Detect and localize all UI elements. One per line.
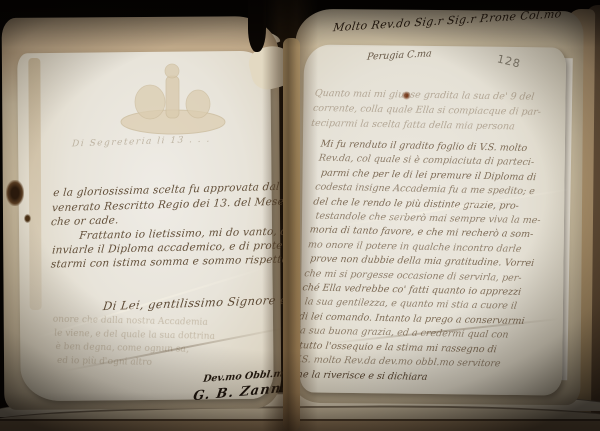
ink-blot	[6, 180, 24, 206]
ink-spot	[24, 214, 31, 223]
left-paragraph-2: Frattanto io lietissimo, mi do vanto, di…	[50, 225, 291, 271]
manuscript-photo: dalnonleprestimiladechivialsetr Di Segre…	[0, 0, 600, 431]
left-paragraph-1: e la gloriosissima scelta fu approvata d…	[50, 180, 281, 230]
right-letter-body: Mi fu renduto il gradito foglio di V.S. …	[291, 138, 576, 388]
embossed-emblem	[112, 56, 234, 138]
right-faint-lines: Quanto mai mi giunse gradita la sua de' …	[310, 86, 561, 135]
gutter-shadow	[262, 0, 318, 431]
left-margin-band	[28, 58, 41, 310]
